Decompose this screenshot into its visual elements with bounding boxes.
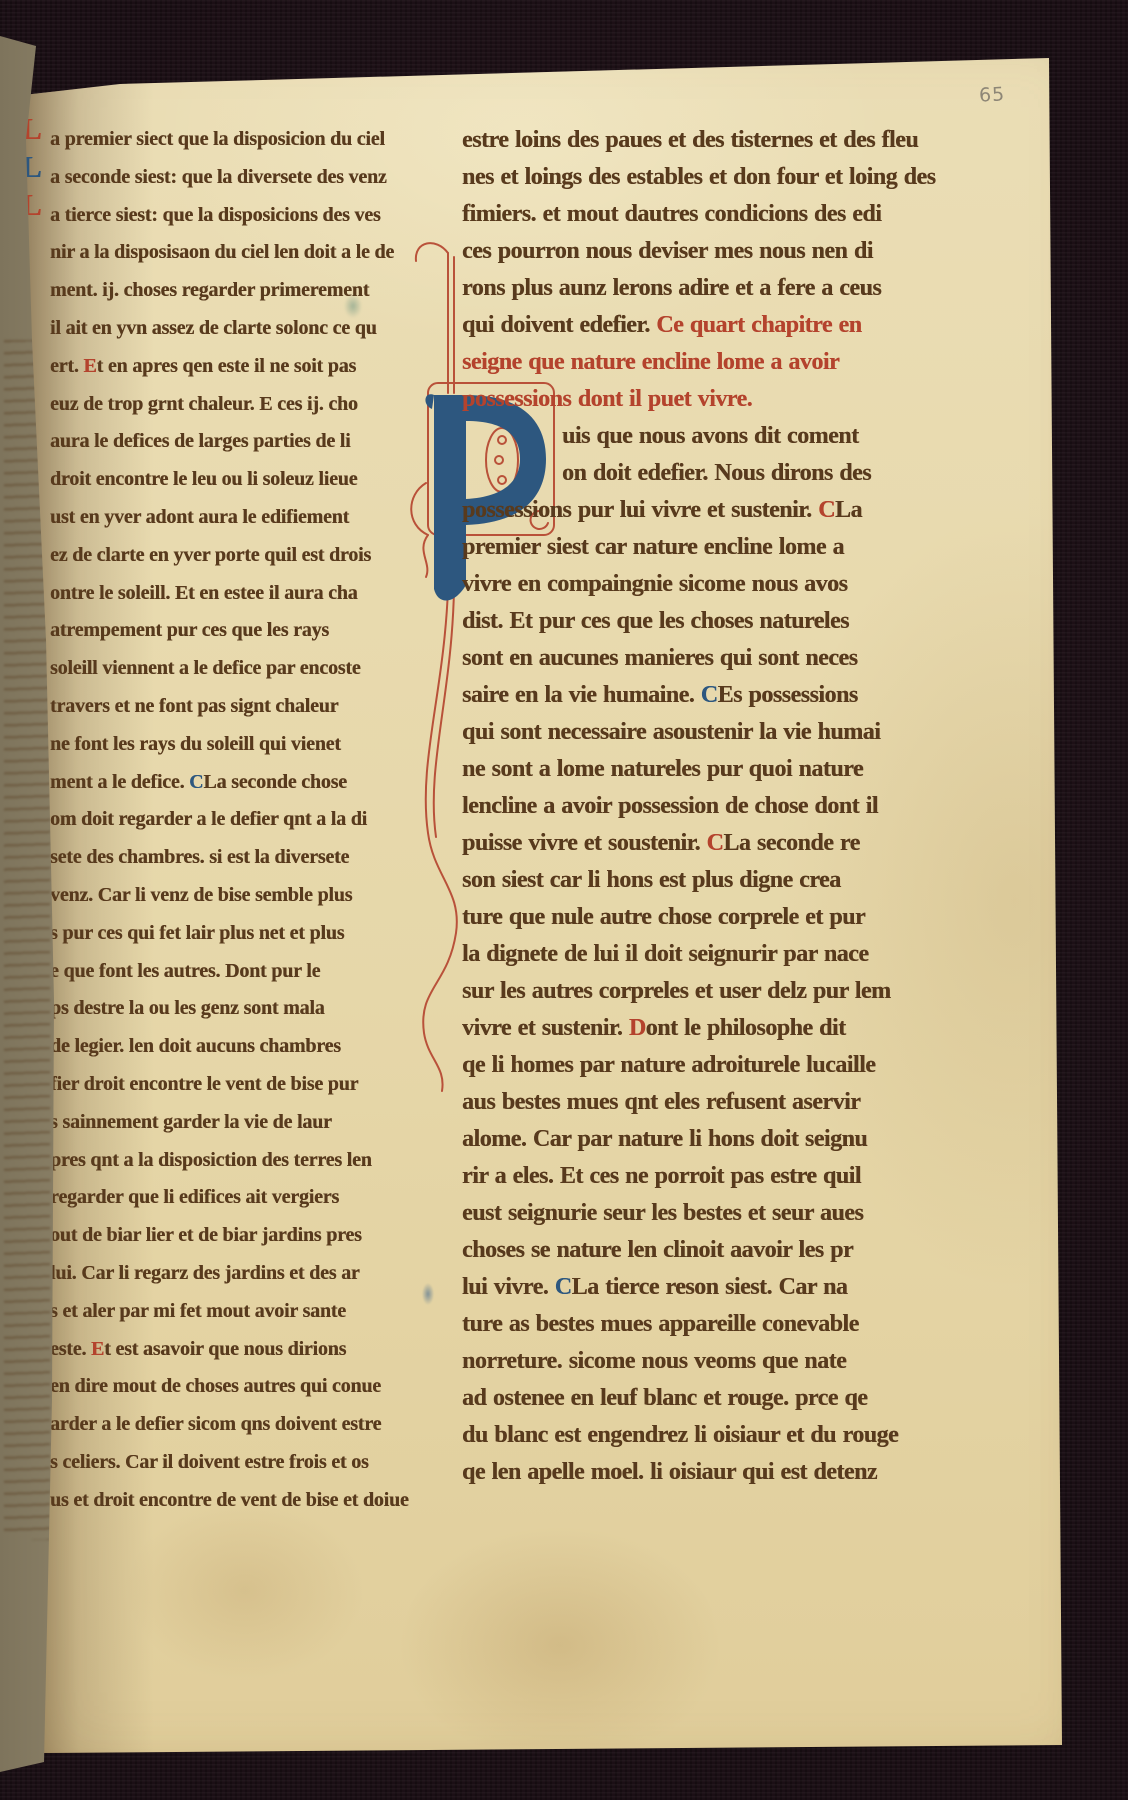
text-line: venz. Car li venz de bise semble plus — [50, 877, 422, 915]
text-line: a seconde siest: que la diversete des ve… — [50, 159, 422, 197]
text-line: s sainnement garder la vie de laur — [50, 1104, 422, 1142]
text-line: possessions pur lui vivre et sustenir. C… — [462, 492, 1010, 529]
text-line: ment a le defice. CLa seconde chose — [50, 764, 422, 802]
text-line: puisse vivre et soustenir. CLa seconde r… — [462, 825, 1010, 862]
ink-smudge — [344, 294, 362, 318]
text-line: euz de trop grnt chaleur. E ces ij. cho — [50, 386, 422, 424]
text-line: aura le defices de larges parties de li — [50, 423, 422, 461]
text-line: ust en yver adont aura le edifiement — [50, 499, 422, 537]
text-line: de legier. len doit aucuns chambres — [50, 1028, 422, 1066]
text-line: ert. Et en apres qen este il ne soit pas — [50, 348, 422, 386]
text-line: nes et loings des estables et don four e… — [462, 159, 1010, 196]
text-line: ture que nule autre chose corprele et pu… — [462, 899, 1010, 936]
text-line: la dignete de lui il doit seignurir par … — [462, 936, 1010, 973]
text-line: a premier siect que la disposicion du ci… — [50, 121, 422, 159]
text-line: aus bestes mues qnt eles refusent aservi… — [462, 1084, 1010, 1121]
text-line: s celiers. Car il doivent estre frois et… — [50, 1444, 422, 1482]
text-line: du blanc est engendrez li oisiaur et du … — [462, 1417, 1010, 1454]
text-line: vivre et sustenir. Dont le philosophe di… — [462, 1010, 1010, 1047]
text-column-left: a premier siect que la disposicion du ci… — [50, 121, 422, 1521]
text-line: choses se nature len clinoit aavoir les … — [462, 1232, 1010, 1269]
text-line: dist. Et pur ces que les choses naturele… — [462, 603, 1010, 640]
text-line: il ait en yvn assez de clarte solonc ce … — [50, 310, 422, 348]
text-line: ne sont a lome natureles pur quoi nature — [462, 751, 1010, 788]
text-line: seigne que nature encline lome a avoir — [462, 344, 1010, 381]
text-line: us et droit encontre de vent de bise et … — [50, 1482, 422, 1520]
text-line: droit encontre le leu ou li soleuz lieue — [50, 461, 422, 499]
text-line: ne font les rays du soleill qui vienet — [50, 726, 422, 764]
text-column-right: estre loins des paues et des tisternes e… — [462, 122, 1010, 1502]
text-line: qe li homes par nature adroiturele lucai… — [462, 1047, 1010, 1084]
text-line: estre loins des paues et des tisternes e… — [462, 122, 1010, 159]
text-line: s et aler par mi fet mout avoir sante — [50, 1293, 422, 1331]
text-line: en dire mout de choses autres qui conue — [50, 1368, 422, 1406]
text-line: e que font les autres. Dont pur le — [50, 953, 422, 991]
text-line: saire en la vie humaine. CEs possessions — [462, 677, 1010, 714]
text-line: ment. ij. choses regarder primerement — [50, 272, 422, 310]
text-line: ontre le soleill. Et en estee il aura ch… — [50, 575, 422, 613]
text-line: atrempement pur ces que les rays — [50, 612, 422, 650]
text-line: alome. Car par nature li hons doit seign… — [462, 1121, 1010, 1158]
text-line: on doit edefier. Nous dirons des — [462, 455, 1010, 492]
text-line: ez de clarte en yver porte quil est droi… — [50, 537, 422, 575]
text-line: eust seignurie seur les bestes et seur a… — [462, 1195, 1010, 1232]
folio-number: 65 — [978, 83, 1005, 106]
text-line: rir a eles. Et ces ne porroit pas estre … — [462, 1158, 1010, 1195]
text-line: sete des chambres. si est la diversete — [50, 839, 422, 877]
text-line: ture as bestes mues appareille conevable — [462, 1306, 1010, 1343]
text-line: fier droit encontre le vent de bise pur — [50, 1066, 422, 1104]
text-line: norreture. sicome nous veoms que nate — [462, 1343, 1010, 1380]
manuscript-photo: 65 P — [0, 0, 1128, 1800]
manuscript-page: 65 P — [0, 0, 1128, 1800]
blue-smudge — [422, 1283, 434, 1305]
text-line: qui doivent edefier. Ce quart chapitre e… — [462, 307, 1010, 344]
text-line: premier siest car nature encline lome a — [462, 529, 1010, 566]
text-line: regarder que li edifices ait vergiers — [50, 1179, 422, 1217]
text-line: possessions dont il puet vivre. — [462, 381, 1010, 418]
text-line: out de biar lier et de biar jardins pres — [50, 1217, 422, 1255]
text-line: lui. Car li regarz des jardins et des ar — [50, 1255, 422, 1293]
text-line: sont en aucunes manieres qui sont neces — [462, 640, 1010, 677]
text-line: lui vivre. CLa tierce reson siest. Car n… — [462, 1269, 1010, 1306]
text-line: vivre en compaingnie sicome nous avos — [462, 566, 1010, 603]
text-line: este. Et est asavoir que nous dirions — [50, 1331, 422, 1369]
text-line: ps destre la ou les genz sont mala — [50, 990, 422, 1028]
text-line: om doit regarder a le defier qnt a la di — [50, 801, 422, 839]
text-line: uis que nous avons dit coment — [462, 418, 1010, 455]
text-line: qe len apelle moel. li oisiaur qui est d… — [462, 1454, 1010, 1491]
text-line: lencline a avoir possession de chose don… — [462, 788, 1010, 825]
text-line: nir a la disposisaon du ciel len doit a … — [50, 234, 422, 272]
text-line: ces pourron nous deviser mes nous nen di — [462, 233, 1010, 270]
text-line: soleill viennent a le defice par encoste — [50, 650, 422, 688]
text-line: travers et ne font pas signt chaleur — [50, 688, 422, 726]
text-line: ad ostenee en leuf blanc et rouge. prce … — [462, 1380, 1010, 1417]
text-line: a tierce siest: que la disposicions des … — [50, 197, 422, 235]
text-line: sur les autres corpreles et user delz pu… — [462, 973, 1010, 1010]
text-line: s pur ces qui fet lair plus net et plus — [50, 915, 422, 953]
text-line: son siest car li hons est plus digne cre… — [462, 862, 1010, 899]
text-line: arder a le defier sicom qns doivent estr… — [50, 1406, 422, 1444]
text-line: rons plus aunz lerons adire et a fere a … — [462, 270, 1010, 307]
text-line: pres qnt a la disposiction des terres le… — [50, 1142, 422, 1180]
text-line: qui sont necessaire asoustenir la vie hu… — [462, 714, 1010, 751]
text-line: fimiers. et mout dautres condicions des … — [462, 196, 1010, 233]
